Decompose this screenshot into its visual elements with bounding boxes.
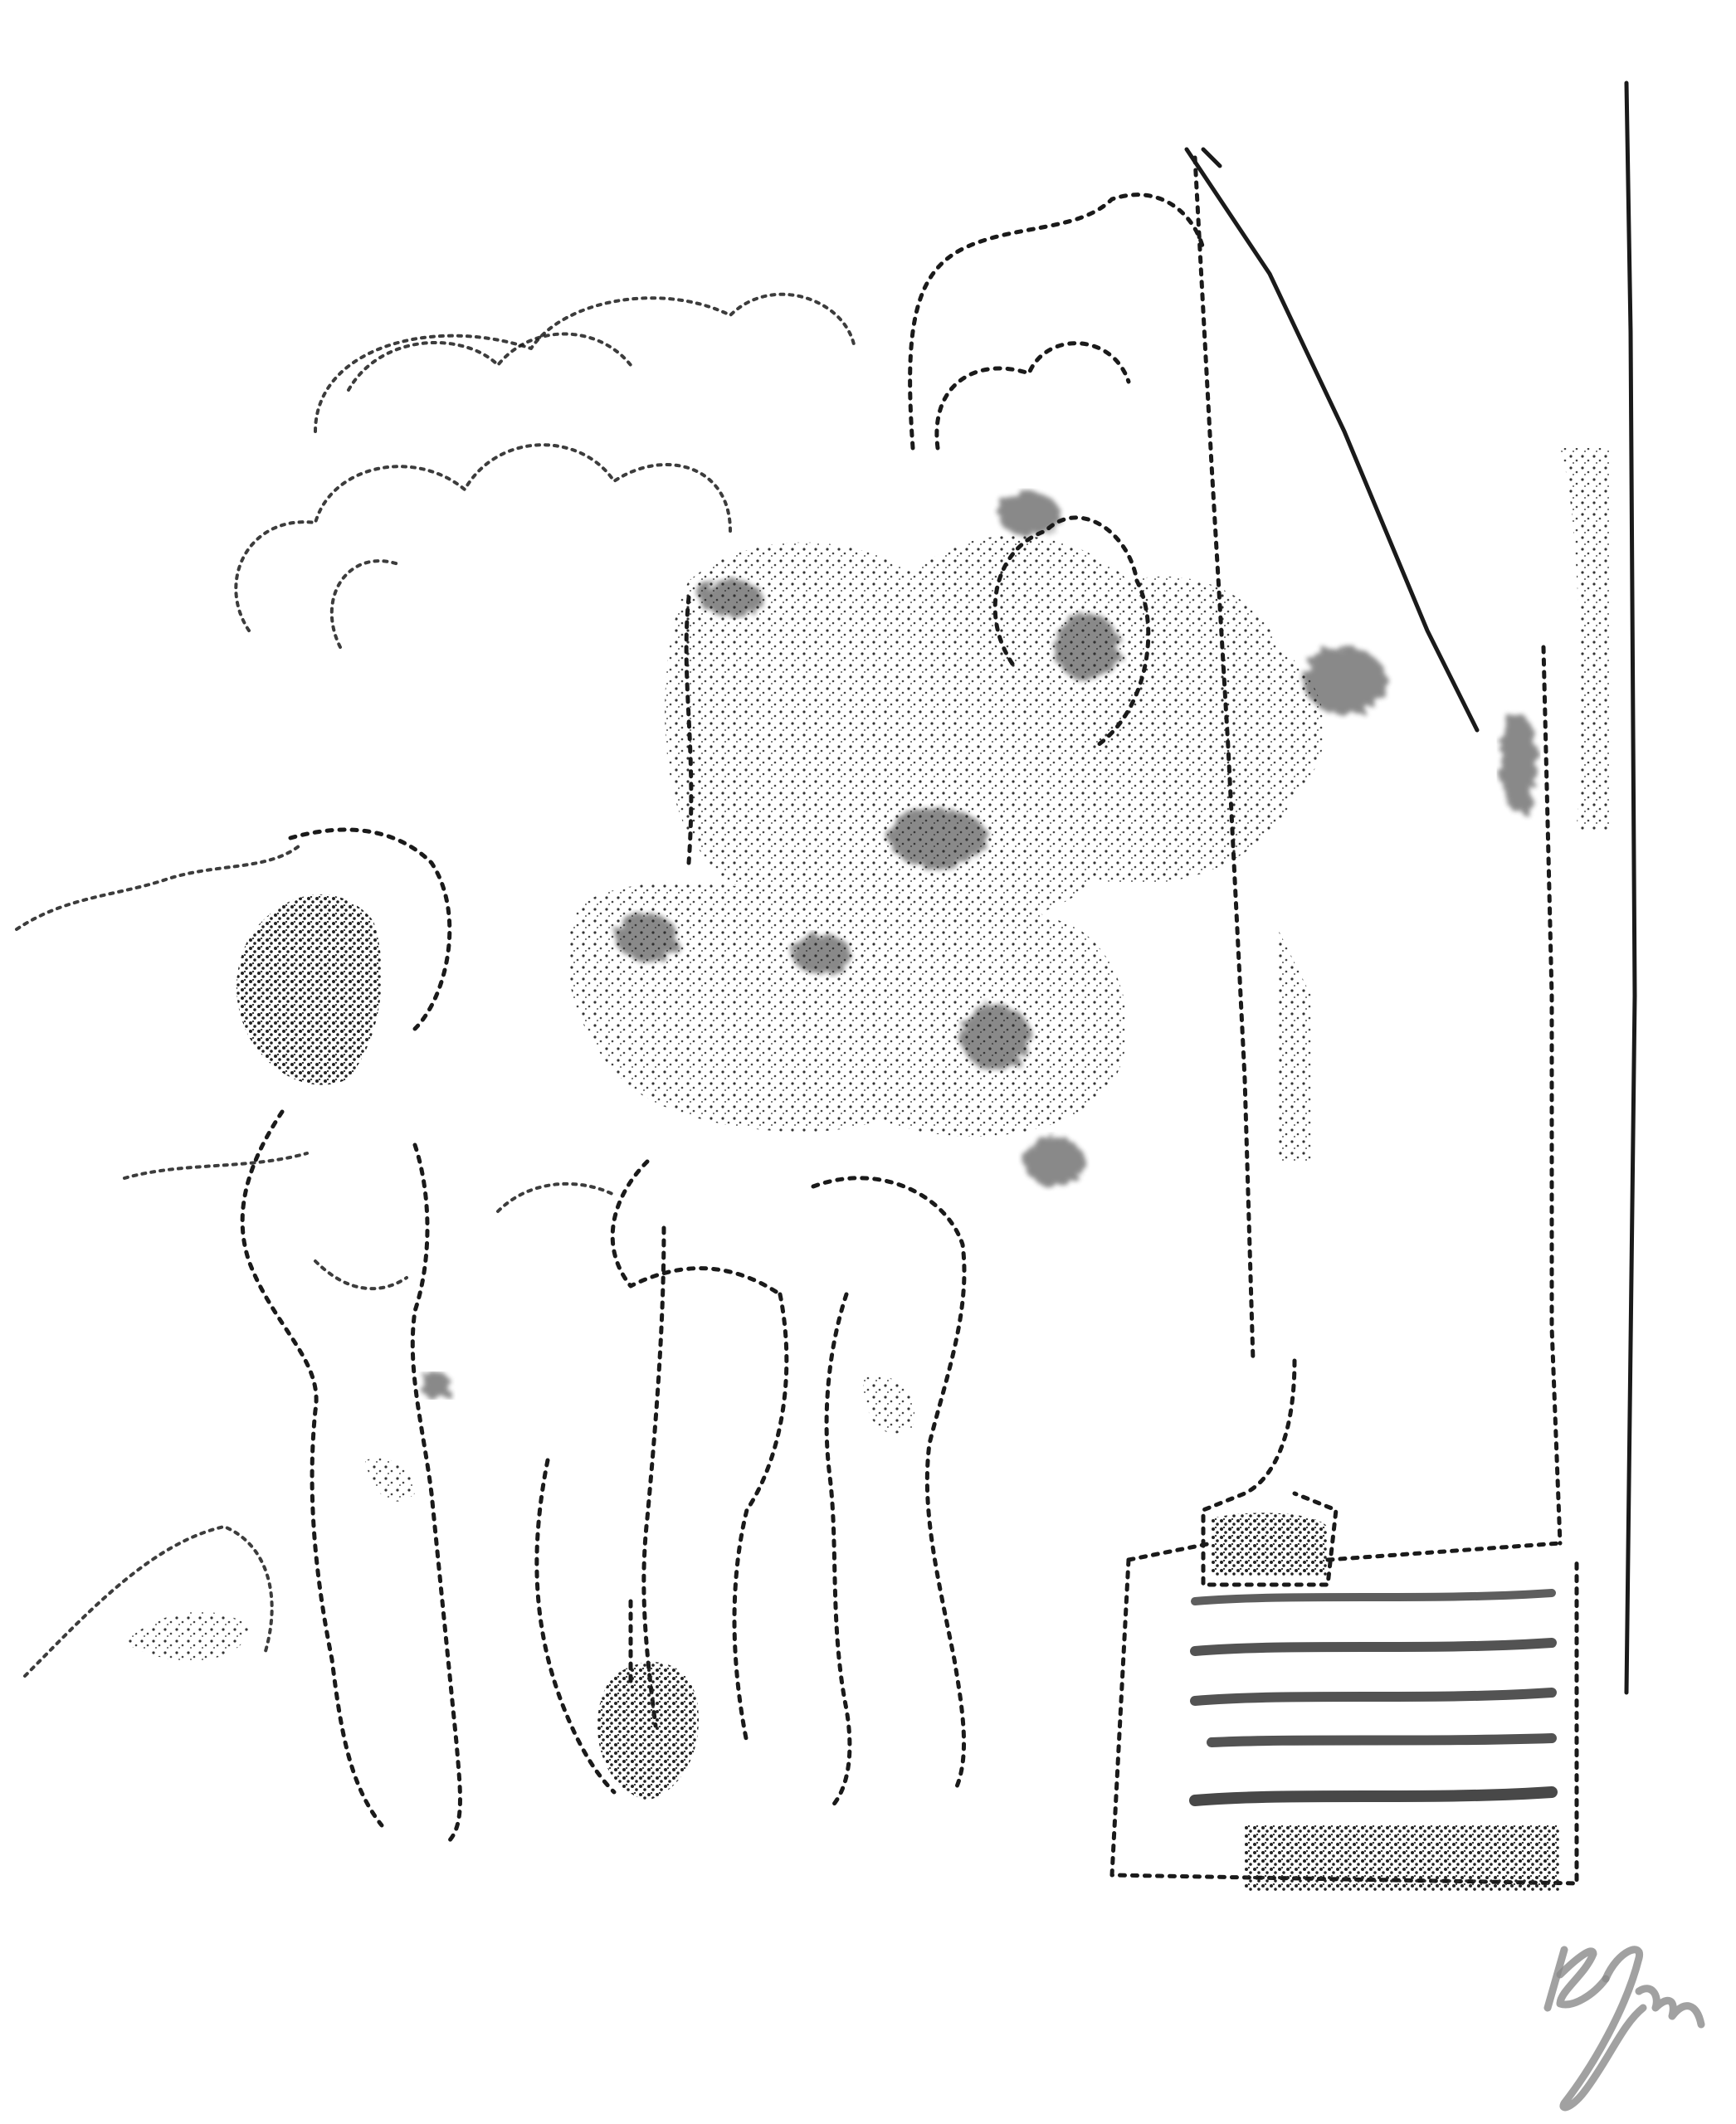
embracing-figures-center — [498, 1162, 964, 1809]
well-base — [1112, 1543, 1577, 1892]
kneeling-figure-bottom — [597, 1601, 699, 1800]
dark-foliage — [568, 493, 1537, 1186]
artist-signature — [1548, 1950, 1701, 2107]
standing-figure-left — [237, 830, 460, 1842]
well-structure — [1187, 83, 1635, 1693]
artwork-canvas — [0, 0, 1736, 2124]
